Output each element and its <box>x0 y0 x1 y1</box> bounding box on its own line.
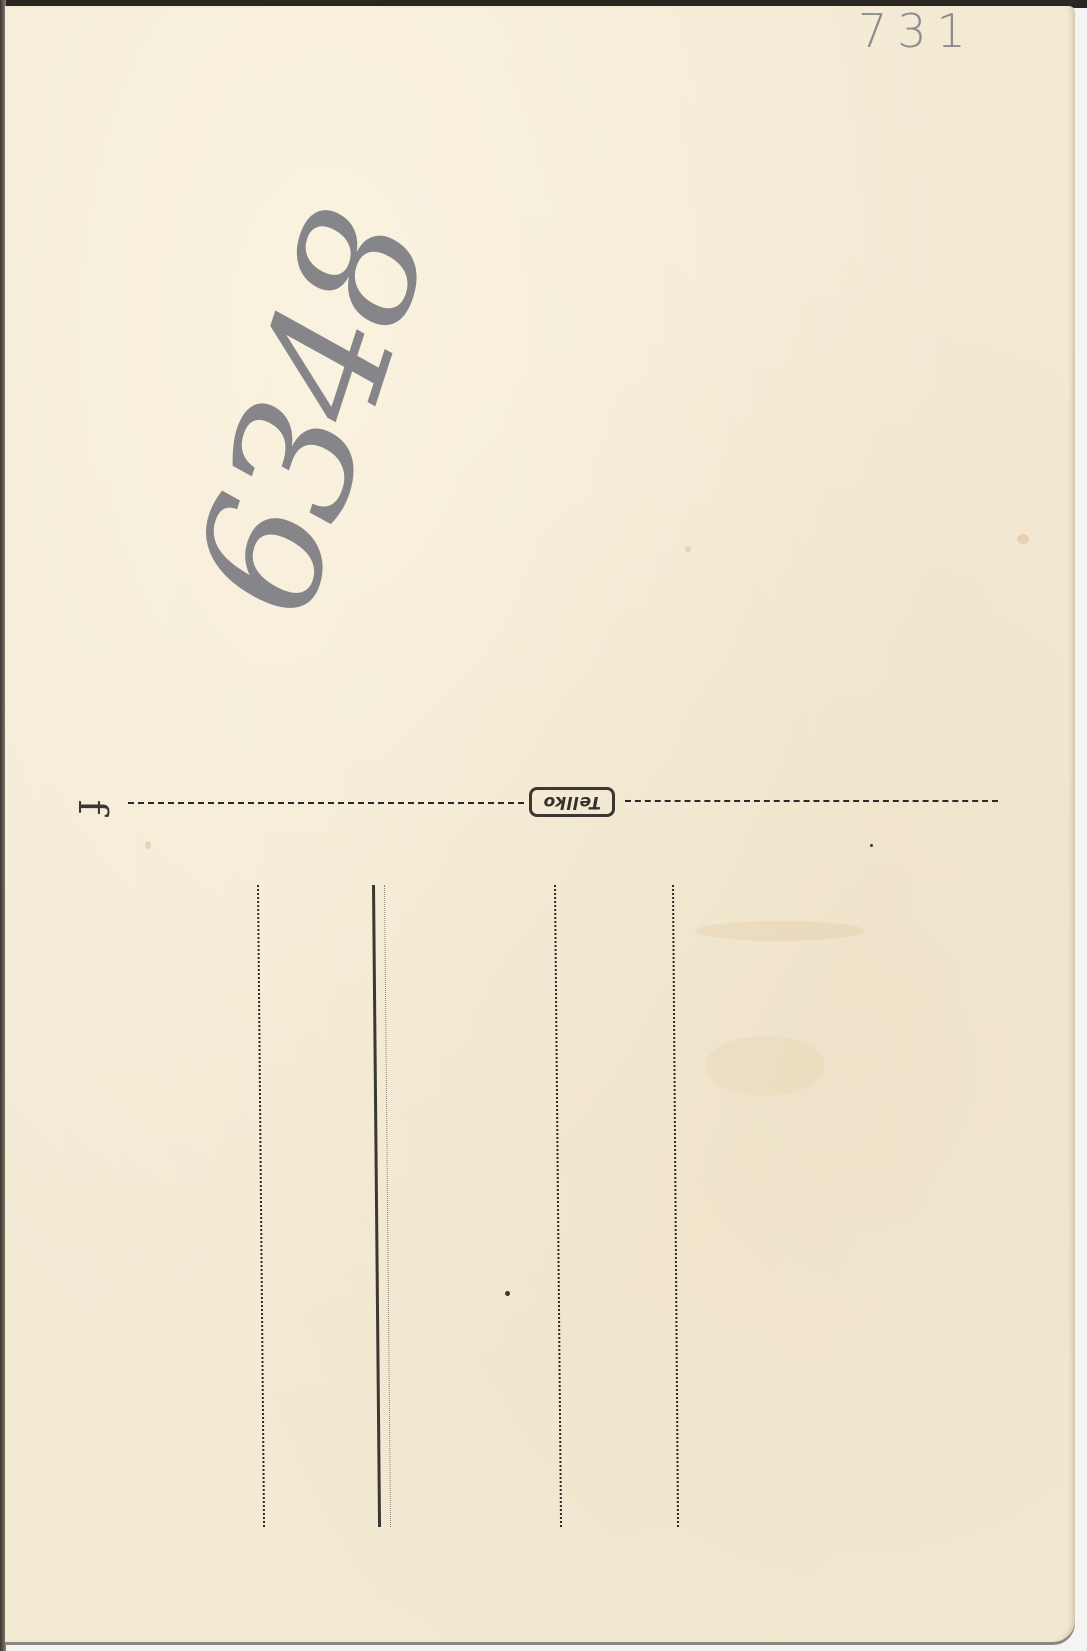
foxing-stain <box>870 844 873 847</box>
foxing-stain <box>695 921 865 941</box>
divider-line-left <box>128 802 524 804</box>
foxing-stain <box>1017 534 1029 544</box>
divider-line-right <box>625 800 998 802</box>
publisher-logo: Tellko <box>529 787 615 817</box>
publisher-logo-text: Tellko <box>543 792 601 812</box>
foxing-stain <box>505 1291 510 1296</box>
anchor-mark-icon: f <box>71 785 113 829</box>
foxing-stain <box>705 1036 825 1096</box>
foxing-stain <box>145 841 151 849</box>
pencil-note-top-right: 731 <box>858 8 976 54</box>
foxing-stain <box>685 546 691 552</box>
postcard <box>5 6 1075 1642</box>
